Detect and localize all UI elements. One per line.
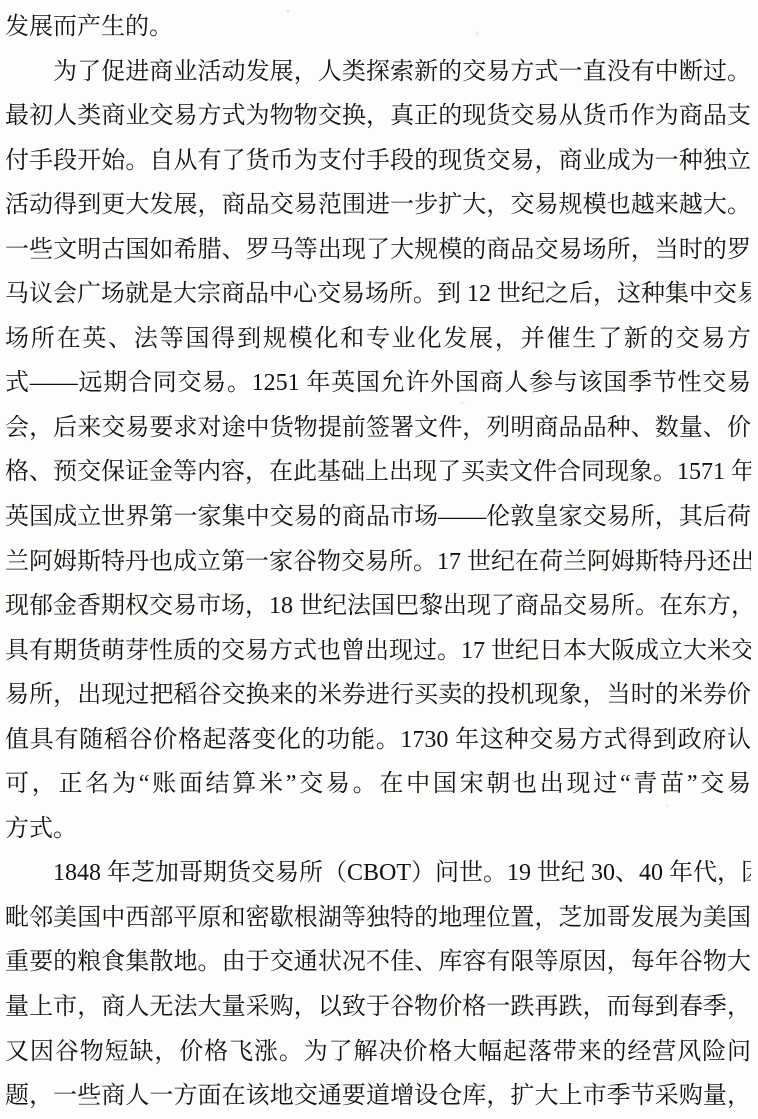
- text-line: 英国成立世界第一家集中交易的商品市场——伦敦皇家交易所，其后荷: [5, 495, 751, 540]
- text-line: 最初人类商业交易方式为物物交换，真正的现货交易从货币作为商品支: [5, 94, 751, 139]
- text-line: 兰阿姆斯特丹也成立第一家谷物交易所。17 世纪在荷兰阿姆斯特丹还出: [5, 540, 751, 585]
- text-line: 式——远期合同交易。1251 年英国允许外国商人参与该国季节性交易: [5, 361, 751, 406]
- text-line: 量上市，商人无法大量采购，以致于谷物价格一跌再跌，而每到春季，: [5, 985, 751, 1030]
- text-line: 1848 年芝加哥期货交易所（CBOT）问世。19 世纪 30、40 年代，因: [5, 851, 751, 896]
- text-line: 方式。: [5, 807, 751, 852]
- text-line: 易所，出现过把稻谷交换来的米券进行买卖的投机现象，当时的米券价: [5, 673, 751, 718]
- text-line: 又因谷物短缺，价格飞涨。为了解决价格大幅起落带来的经营风险问: [5, 1030, 751, 1075]
- text-line: 为了促进商业活动发展，人类探索新的交易方式一直没有中断过。: [5, 50, 751, 95]
- text-line: 一些文明古国如希腊、罗马等出现了大规模的商品交易场所，当时的罗: [5, 228, 751, 273]
- text-line: 值具有随稻谷价格起落变化的功能。1730 年这种交易方式得到政府认: [5, 718, 751, 763]
- text-line: 现郁金香期权交易市场，18 世纪法国巴黎出现了商品交易所。在东方，: [5, 584, 751, 629]
- body-text: 发展而产生的。为了促进商业活动发展，人类探索新的交易方式一直没有中断过。最初人类…: [5, 5, 751, 1119]
- text-line: 付手段开始。自从有了货币为支付手段的现货交易，商业成为一种独立: [5, 139, 751, 184]
- text-line: 活动得到更大发展，商品交易范围进一步扩大，交易规模也越来越大。: [5, 183, 751, 228]
- text-line: 发展而产生的。: [5, 5, 751, 50]
- text-line: 具有期货萌芽性质的交易方式也曾出现过。17 世纪日本大阪成立大米交: [5, 629, 751, 674]
- scanned-book-page: 发展而产生的。为了促进商业活动发展，人类探索新的交易方式一直没有中断过。最初人类…: [0, 0, 758, 1119]
- text-line: 可，正名为“账面结算米”交易。在中国宋朝也出现过“青苗”交易: [5, 762, 751, 807]
- text-line: 毗邻美国中西部平原和密歇根湖等独特的地理位置，芝加哥发展为美国: [5, 896, 751, 941]
- text-line: 马议会广场就是大宗商品中心交易场所。到 12 世纪之后，这种集中交易: [5, 272, 751, 317]
- text-line: 格、预交保证金等内容，在此基础上出现了买卖文件合同现象。1571 年: [5, 450, 751, 495]
- text-line: 会，后来交易要求对途中货物提前签署文件，列明商品品种、数量、价: [5, 406, 751, 451]
- text-line: 场所在英、法等国得到规模化和专业化发展，并催生了新的交易方: [5, 317, 751, 362]
- text-line: 重要的粮食集散地。由于交通状况不佳、库容有限等原因，每年谷物大: [5, 940, 751, 985]
- text-line: 题，一些商人一方面在该地交通要道增设仓库，扩大上市季节采购量，: [5, 1074, 751, 1119]
